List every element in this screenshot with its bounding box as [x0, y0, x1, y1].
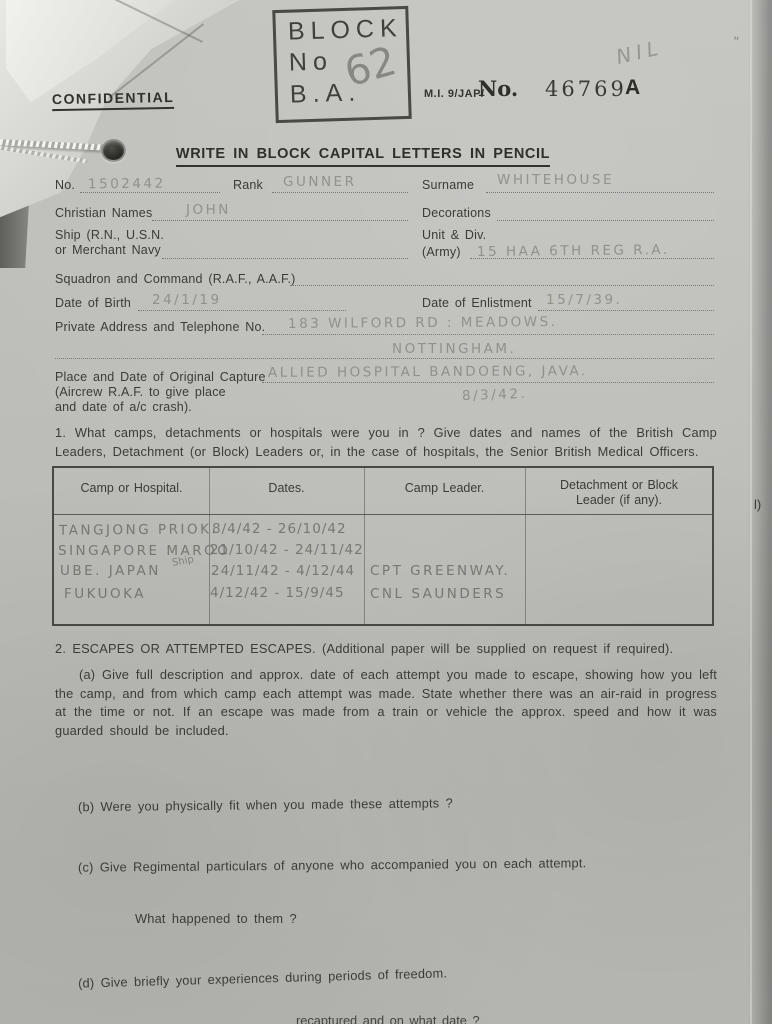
capture-value-date: 8/3/42. [462, 386, 528, 404]
question-2b-text: (b) Were you physically fit when you mad… [78, 792, 698, 817]
question-1-text: 1. What camps, detachments or hospitals … [55, 424, 717, 461]
form-reference-prefix: M.I. 9/JAP/ [424, 88, 485, 100]
cut-off-bottom-line: recaptured and on what date ? [296, 1013, 480, 1024]
ship-line [162, 258, 408, 259]
rank-label: Rank [233, 178, 263, 194]
table-row-camp: UBE. JAPAN [60, 563, 161, 579]
handwritten-nil-note: NIL [614, 35, 665, 69]
question-2d-text: (d) Give briefly your experiences during… [78, 957, 698, 993]
service-number-value: 1502442 [88, 176, 166, 193]
squadron-label: Squadron and Command (R.A.F., A.A.F.) [55, 272, 296, 288]
ship-label-line1: Ship (R.N., U.S.N. [55, 228, 164, 244]
question-2c-text: (c) Give Regimental particulars of anyon… [78, 853, 698, 877]
surname-value: WHITEHOUSE [497, 172, 614, 188]
question-2c-followup: What happened to them ? [135, 910, 535, 929]
form-number-label: No. [478, 76, 518, 101]
instruction-heading: WRITE IN BLOCK CAPITAL LETTERS IN PENCIL [176, 146, 550, 167]
private-address-line1 [262, 334, 714, 335]
decorations-line [497, 220, 714, 221]
decorations-label: Decorations [422, 206, 491, 222]
table-row-leader: CPT GREENWAY. [370, 563, 510, 579]
table-header-detachment-line1: Detachment or Block [525, 477, 713, 493]
form-series-letter: A [625, 76, 640, 100]
table-row-dates: 24/11/42 - 4/12/44 [211, 563, 355, 579]
capture-label-line3: and date of a/c crash). [55, 400, 192, 416]
table-row-dates: 8/4/42 - 26/10/42 [212, 521, 347, 537]
squadron-line [290, 285, 714, 286]
ship-label-line2: or Merchant Navy [55, 243, 161, 259]
table-row-dates: 4/12/42 - 15/9/45 [210, 585, 345, 601]
table-header-dates: Dates. [209, 480, 364, 496]
rank-value: GUNNER [283, 174, 356, 190]
edge-artifact: l) [754, 497, 761, 512]
table-row-leader: CNL SAUNDERS [370, 586, 506, 602]
question-2a-text: (a) Give full description and approx. da… [55, 666, 717, 740]
unit-div-label-line1: Unit & Div. [422, 228, 486, 244]
service-number-label: No. [55, 178, 75, 194]
surname-line [486, 192, 714, 193]
unit-div-label-line2: (Army) [422, 245, 461, 261]
private-address-label: Private Address and Telephone No. [55, 320, 265, 336]
date-of-birth-label: Date of Birth [55, 296, 131, 312]
table-row-camp: FUKUOKA [64, 586, 146, 602]
rank-line [272, 192, 408, 193]
confidential-marking: CONFIDENTIAL [52, 89, 175, 111]
instruction-heading-wrap: WRITE IN BLOCK CAPITAL LETTERS IN PENCIL [55, 145, 671, 167]
block-number-stamp: BLOCK No B.A. 62 [272, 6, 411, 123]
table-header-camp: Camp or Hospital. [54, 480, 209, 496]
capture-line [262, 382, 714, 383]
date-of-enlistment-line [538, 310, 714, 311]
table-header-divider [54, 514, 712, 515]
unit-div-value: 15 HAA 6TH REG R.A. [477, 242, 670, 260]
private-address-value-line2: NOTTINGHAM. [392, 341, 516, 357]
private-address-value-line1: 183 WILFORD RD : MEADOWS. [288, 314, 558, 332]
question-2-heading: 2. ESCAPES OR ATTEMPTED ESCAPES. (Additi… [55, 640, 717, 659]
table-row-note: Ship [171, 554, 194, 569]
table-header-detachment-line2: Leader (if any). [525, 492, 713, 508]
christian-names-value: JOHN [186, 202, 231, 218]
table-row-camp: SINGAPORE MAROO [58, 543, 230, 559]
date-of-enlistment-value: 15/7/39. [546, 292, 622, 308]
form-serial-number: 46769 [545, 77, 627, 101]
table-row-camp: TANGJONG PRIOK. [59, 521, 218, 538]
table-header-leader: Camp Leader. [364, 480, 525, 496]
table-row-dates: 21/10/42 - 24/11/42 [210, 542, 364, 558]
pencil-ditto-mark: ” [732, 34, 740, 52]
date-of-enlistment-label: Date of Enlistment [422, 296, 532, 312]
surname-label: Surname [422, 178, 474, 194]
christian-names-label: Christian Names [55, 206, 152, 222]
capture-label-line1: Place and Date of Original Capture [55, 370, 266, 386]
private-address-line2 [55, 358, 714, 359]
capture-value-place: ALLIED HOSPITAL BANDOENG, JAVA. [268, 363, 588, 381]
capture-label-line2: (Aircrew R.A.F. to give place [55, 385, 226, 401]
date-of-birth-value: 24/1/19 [152, 292, 222, 308]
date-of-birth-line [138, 310, 346, 311]
christian-names-line [152, 220, 408, 221]
scanned-form-page: l) CONFIDENTIAL BLOCK No B.A. 62 M.I. 9/… [0, 0, 772, 1024]
camps-table: Camp or Hospital. Dates. Camp Leader. De… [52, 466, 714, 626]
page-right-edge [750, 0, 752, 1024]
